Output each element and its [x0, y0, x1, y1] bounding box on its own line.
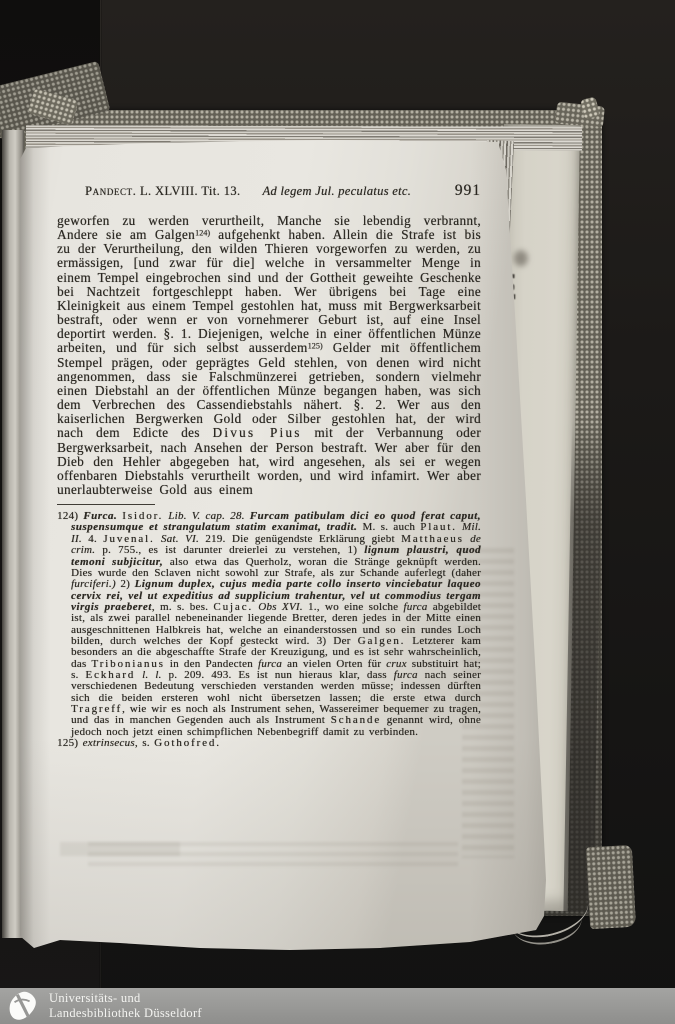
header-citation: Pandect. L. XLVIII. Tit. 13.: [57, 184, 240, 199]
footnote-separator-rule: [57, 504, 155, 505]
header-citation-locus: L. XLVIII. Tit. 13.: [136, 184, 240, 198]
running-title: Ad legem Jul. peculatus etc.: [262, 184, 454, 199]
footnote-125: 125) extrinsecus, s. Gothofred.: [57, 738, 481, 749]
body-text: geworfen zu werden verurtheilt, Manche s…: [57, 214, 481, 497]
endpaper-smudge: [514, 250, 528, 266]
printed-text-area: Pandect. L. XLVIII. Tit. 13. Ad legem Ju…: [57, 182, 481, 749]
library-watermark-bar: Universitäts- und Landesbibliothek Düsse…: [0, 988, 675, 1024]
back-cover-corner: [586, 845, 636, 929]
footnote-124: 124) Furca. Isidor. Lib. V. cap. 28. Fur…: [57, 511, 481, 738]
header-citation-work: Pandect.: [85, 184, 136, 198]
library-name: Universitäts- und Landesbibliothek Düsse…: [49, 991, 202, 1021]
library-logo-icon: [7, 990, 39, 1022]
gutter-crease: [20, 140, 50, 952]
show-through-text-ghost: [60, 842, 180, 856]
scanned-book-photo: Pandect. L. XLVIII. Tit. 13. Ad legem Ju…: [0, 0, 675, 1024]
library-name-line2: Landesbibliothek Düsseldorf: [49, 1006, 202, 1021]
page-number: 991: [455, 182, 481, 200]
library-name-line1: Universitäts- und: [49, 991, 202, 1006]
page-header: Pandect. L. XLVIII. Tit. 13. Ad legem Ju…: [57, 182, 481, 200]
